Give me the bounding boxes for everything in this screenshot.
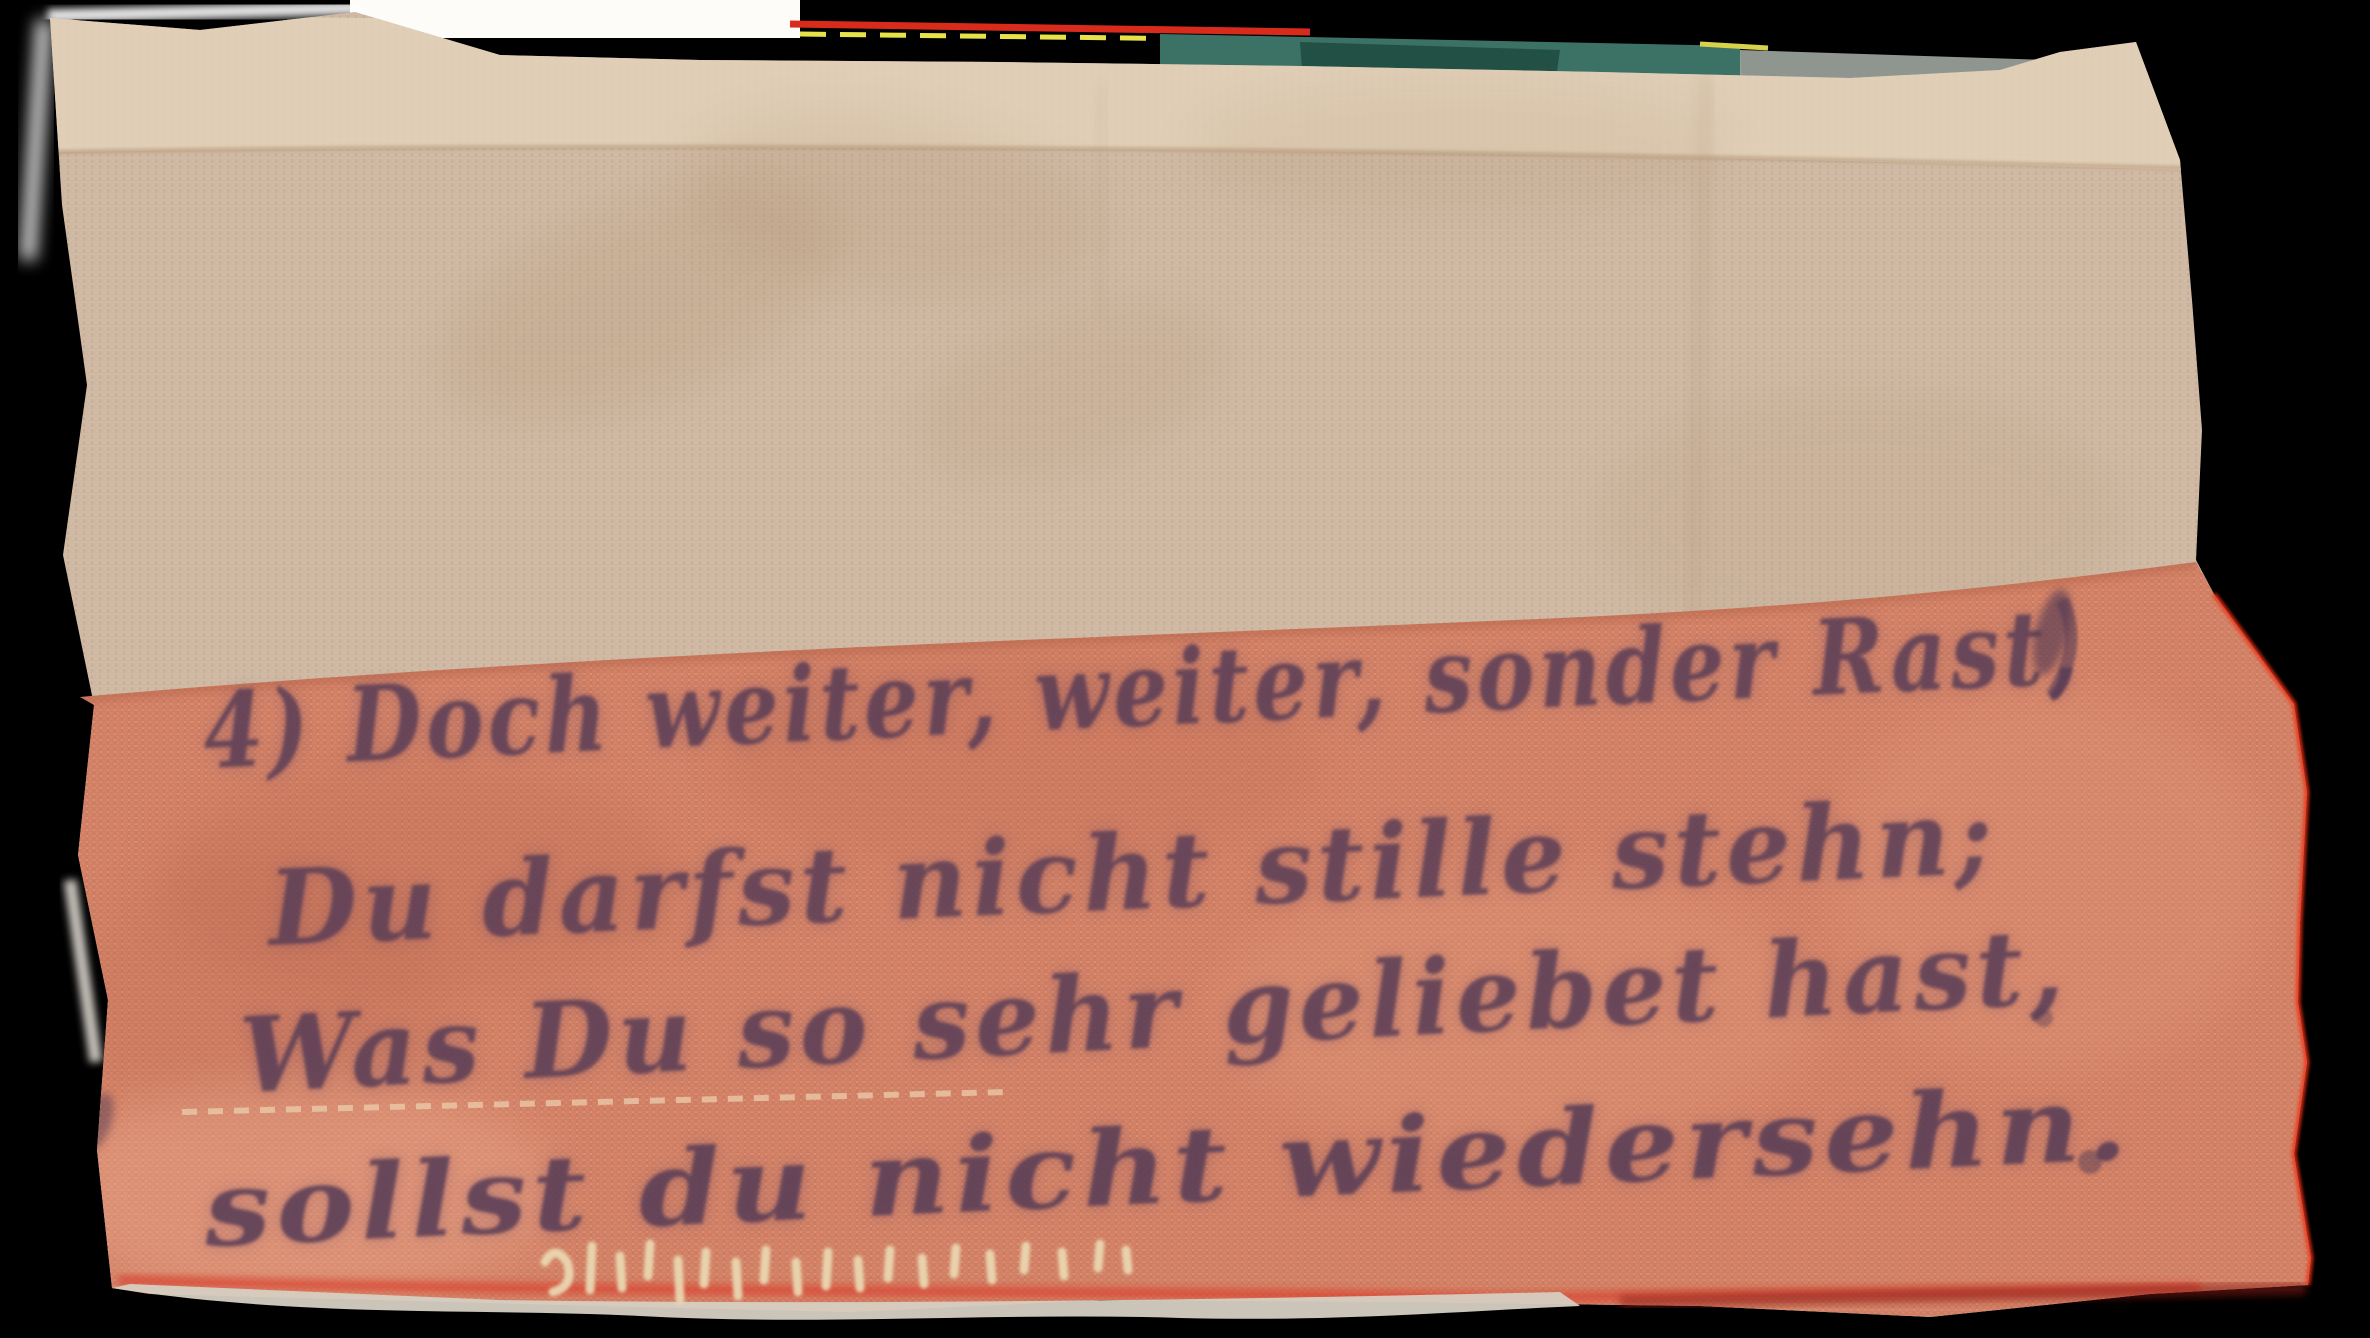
fabric-scene: 4) Doch weiter, weiter, sonder Rast, 4) … — [0, 0, 2370, 1338]
red-thread-sliver — [790, 24, 1310, 32]
artifact-photo: 4) Doch weiter, weiter, sonder Rast, 4) … — [0, 0, 2370, 1338]
top-hem — [46, 14, 2186, 170]
handwriting: 4) Doch weiter, weiter, sonder Rast, 4) … — [76, 585, 2135, 1271]
